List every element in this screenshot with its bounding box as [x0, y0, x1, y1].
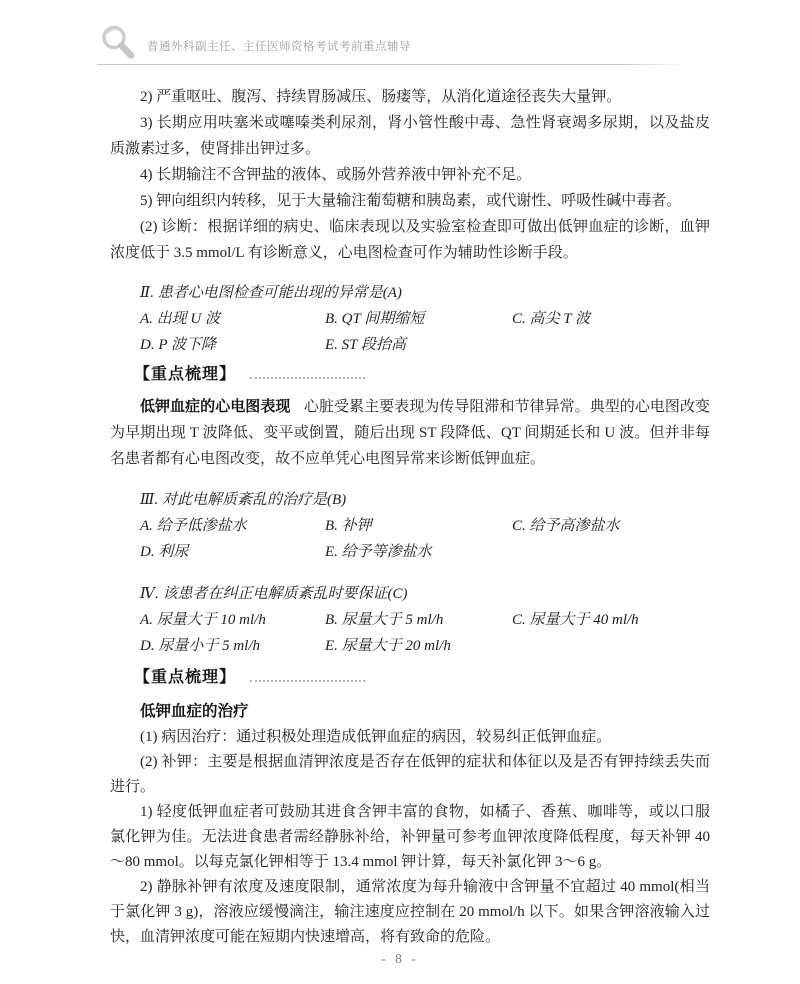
page-header: 普通外科副主任、主任医师资格考试考前重点辅导 — [97, 22, 712, 64]
option-b: B. 补钾 — [325, 513, 512, 539]
key-section-1-title: 低钾血症的心电图表现 — [140, 398, 290, 415]
page-body: 2) 严重呕吐、腹泻、持续胃肠减压、肠瘘等，从消化道途径丧失大量钾。 3) 长期… — [110, 84, 710, 950]
option-c: C. 高尖 T 波 — [512, 306, 710, 332]
intro-paragraph: (2) 诊断：根据详细的病史、临床表现以及实验室检查即可做出低钾血症的诊断，血钾… — [110, 214, 710, 266]
question-2: Ⅱ. 患者心电图检查可能出现的异常是(A) A. 出现 U 波 B. QT 间期… — [110, 280, 710, 358]
key-section-label: 【重点梳理】 — [134, 665, 236, 691]
header-divider — [97, 64, 689, 65]
intro-paragraph: 2) 严重呕吐、腹泻、持续胃肠减压、肠瘘等，从消化道途径丧失大量钾。 — [110, 84, 710, 110]
option-a: A. 给予低渗盐水 — [140, 513, 325, 539]
dotted-leader — [250, 680, 365, 682]
intro-paragraph: 3) 长期应用呋塞米或噻嗪类利尿剂，肾小管性酸中毒、急性肾衰竭多尿期，以及盐皮质… — [110, 110, 710, 162]
option-a: A. 尿量大于 10 ml/h — [140, 607, 325, 633]
key-section-2-header: 【重点梳理】 — [110, 665, 710, 691]
option-d: D. 利尿 — [140, 539, 325, 565]
option-d: D. P 波下降 — [140, 332, 325, 358]
option-a: A. 出现 U 波 — [140, 306, 325, 332]
key-section-1-text: 低钾血症的心电图表现心脏受累主要表现为传导阻滞和节律异常。典型的心电图改变为早期… — [110, 394, 710, 472]
option-b: B. 尿量大于 5 ml/h — [325, 607, 512, 633]
question-3-options: A. 给予低渗盐水 B. 补钾 C. 给予高渗盐水 D. 利尿 E. 给予等渗盐… — [110, 513, 710, 565]
treatment-paragraph: 2) 静脉补钾有浓度及速度限制，通常浓度为每升输液中含钾量不宜超过 40 mmo… — [110, 875, 710, 950]
option-c: C. 尿量大于 40 ml/h — [512, 607, 710, 633]
treatment-paragraph: 1) 轻度低钾血症者可鼓励其进食含钾丰富的食物，如橘子、香蕉、咖啡等，或以口服氯… — [110, 800, 710, 875]
treatment-paragraph: (1) 病因治疗：通过积极处理造成低钾血症的病因，较易纠正低钾血症。 — [110, 725, 710, 750]
option-c: C. 给予高渗盐水 — [512, 513, 710, 539]
question-3: Ⅲ. 对此电解质紊乱的治疗是(B) A. 给予低渗盐水 B. 补钾 C. 给予高… — [110, 487, 710, 565]
magnifier-icon — [97, 22, 139, 64]
key-section-2-title: 低钾血症的治疗 — [110, 699, 710, 725]
option-e: E. 尿量大于 20 ml/h — [325, 633, 512, 659]
key-section-1-header: 【重点梳理】 — [110, 362, 710, 388]
treatment-paragraph: (2) 补钾：主要是根据血清钾浓度是否存在低钾的症状和体征以及是否有钾持续丢失而… — [110, 750, 710, 800]
document-page: 普通外科副主任、主任医师资格考试考前重点辅导 2) 严重呕吐、腹泻、持续胃肠减压… — [0, 0, 800, 984]
page-number: - 8 - — [0, 951, 800, 967]
intro-paragraph: 4) 长期输注不含钾盐的液体、或肠外营养液中钾补充不足。 — [110, 162, 710, 188]
question-4: Ⅳ. 该患者在纠正电解质紊乱时要保证(C) A. 尿量大于 10 ml/h B.… — [110, 581, 710, 659]
option-d: D. 尿量小于 5 ml/h — [140, 633, 325, 659]
header-title: 普通外科副主任、主任医师资格考试考前重点辅导 — [147, 32, 411, 54]
question-2-stem: Ⅱ. 患者心电图检查可能出现的异常是(A) — [110, 280, 710, 306]
option-e: E. ST 段抬高 — [325, 332, 512, 358]
question-4-options: A. 尿量大于 10 ml/h B. 尿量大于 5 ml/h C. 尿量大于 4… — [110, 607, 710, 659]
option-b: B. QT 间期缩短 — [325, 306, 512, 332]
option-e: E. 给予等渗盐水 — [325, 539, 512, 565]
question-2-options: A. 出现 U 波 B. QT 间期缩短 C. 高尖 T 波 D. P 波下降 … — [110, 306, 710, 358]
question-3-stem: Ⅲ. 对此电解质紊乱的治疗是(B) — [110, 487, 710, 513]
key-section-label: 【重点梳理】 — [134, 362, 236, 388]
dotted-leader — [250, 377, 365, 379]
key-section-2-body: (1) 病因治疗：通过积极处理造成低钾血症的病因，较易纠正低钾血症。 (2) 补… — [110, 725, 710, 950]
intro-paragraph: 5) 钾向组织内转移，见于大量输注葡萄糖和胰岛素，或代谢性、呼吸性碱中毒者。 — [110, 188, 710, 214]
question-4-stem: Ⅳ. 该患者在纠正电解质紊乱时要保证(C) — [110, 581, 710, 607]
